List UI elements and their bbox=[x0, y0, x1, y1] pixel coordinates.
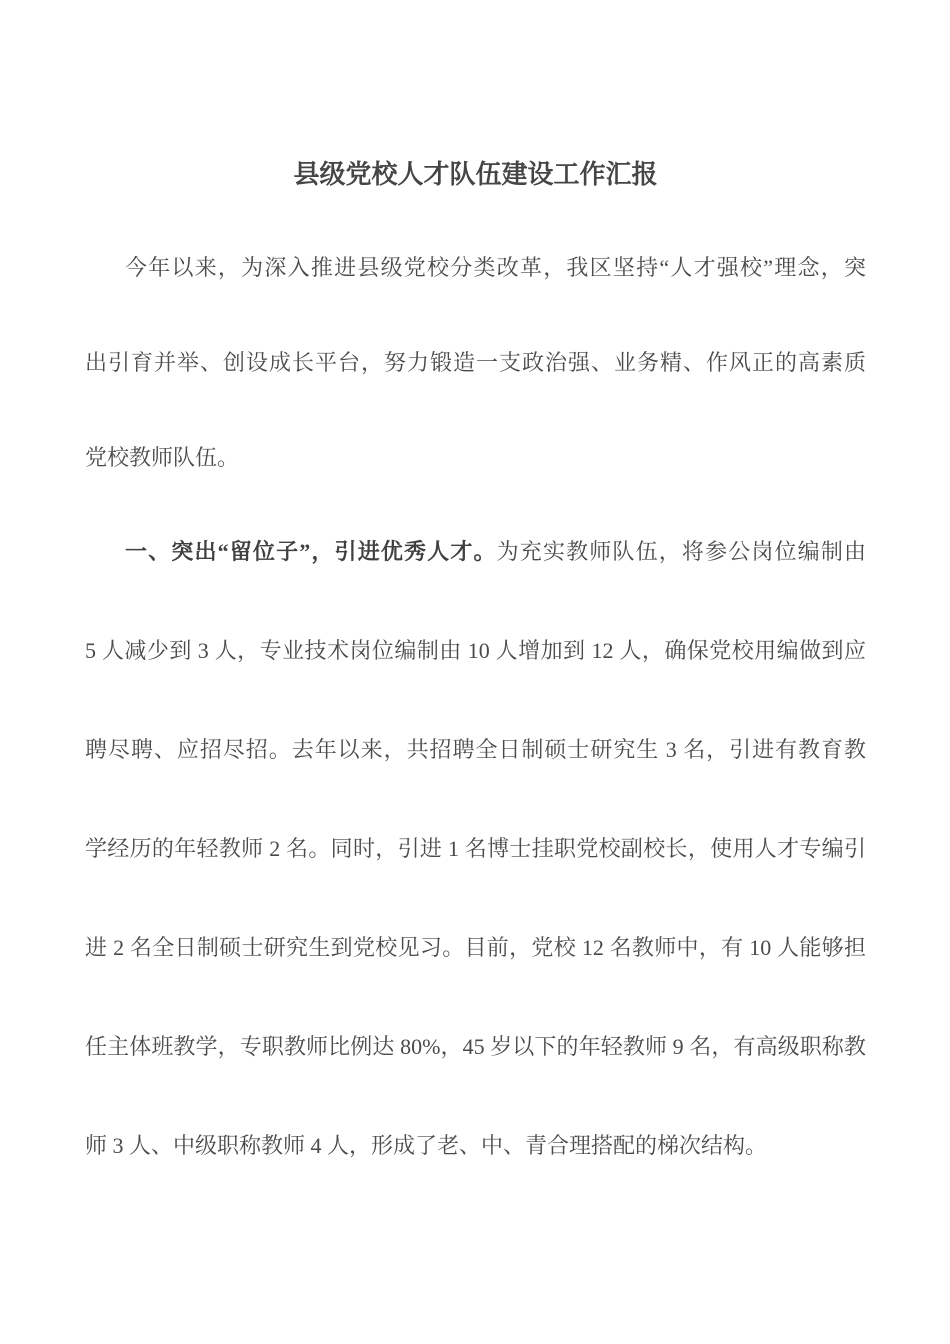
document-title: 县级党校人才队伍建设工作汇报 bbox=[85, 158, 866, 192]
section1-paragraph: 一、突出“留位子”，引进优秀人才。为充实教师队伍，将参公岗位编制由 5 人减少到… bbox=[85, 502, 866, 1195]
document-content: 县级党校人才队伍建设工作汇报 今年以来，为深入推进县级党校分类改革，我区坚持“人… bbox=[0, 0, 950, 1195]
section1-heading-bold: 一、突出“留位子”，引进优秀人才。 bbox=[125, 539, 497, 564]
intro-line-3: 党校教师队伍。 bbox=[85, 410, 866, 505]
section1-line-2: 5 人减少到 3 人，专业技术岗位编制由 10 人增加到 12 人，确保党校用编… bbox=[85, 601, 866, 700]
section1-line-3: 聘尽聘、应招尽招。去年以来，共招聘全日制硕士研究生 3 名，引进有教育教 bbox=[85, 700, 866, 799]
intro-line-1: 今年以来，为深入推进县级党校分类改革，我区坚持“人才强校”理念，突 bbox=[85, 220, 866, 315]
section1-heading-rest: 为充实教师队伍，将参公岗位编制由 bbox=[497, 539, 866, 564]
section1-line-5: 进 2 名全日制硕士研究生到党校见习。目前，党校 12 名教师中，有 10 人能… bbox=[85, 898, 866, 997]
document-page: 县级党校人才队伍建设工作汇报 今年以来，为深入推进县级党校分类改革，我区坚持“人… bbox=[0, 0, 950, 1344]
section1-line-6: 任主体班教学，专职教师比例达 80%，45 岁以下的年轻教师 9 名，有高级职称… bbox=[85, 997, 866, 1096]
section1-heading-line: 一、突出“留位子”，引进优秀人才。为充实教师队伍，将参公岗位编制由 bbox=[85, 502, 866, 601]
intro-paragraph: 今年以来，为深入推进县级党校分类改革，我区坚持“人才强校”理念，突 出引育并举、… bbox=[85, 220, 866, 505]
section1-line-4: 学经历的年轻教师 2 名。同时，引进 1 名博士挂职党校副校长，使用人才专编引 bbox=[85, 799, 866, 898]
intro-line-2: 出引育并举、创设成长平台，努力锻造一支政治强、业务精、作风正的高素质 bbox=[85, 315, 866, 410]
section1-line-7: 师 3 人、中级职称教师 4 人，形成了老、中、青合理搭配的梯次结构。 bbox=[85, 1096, 866, 1195]
